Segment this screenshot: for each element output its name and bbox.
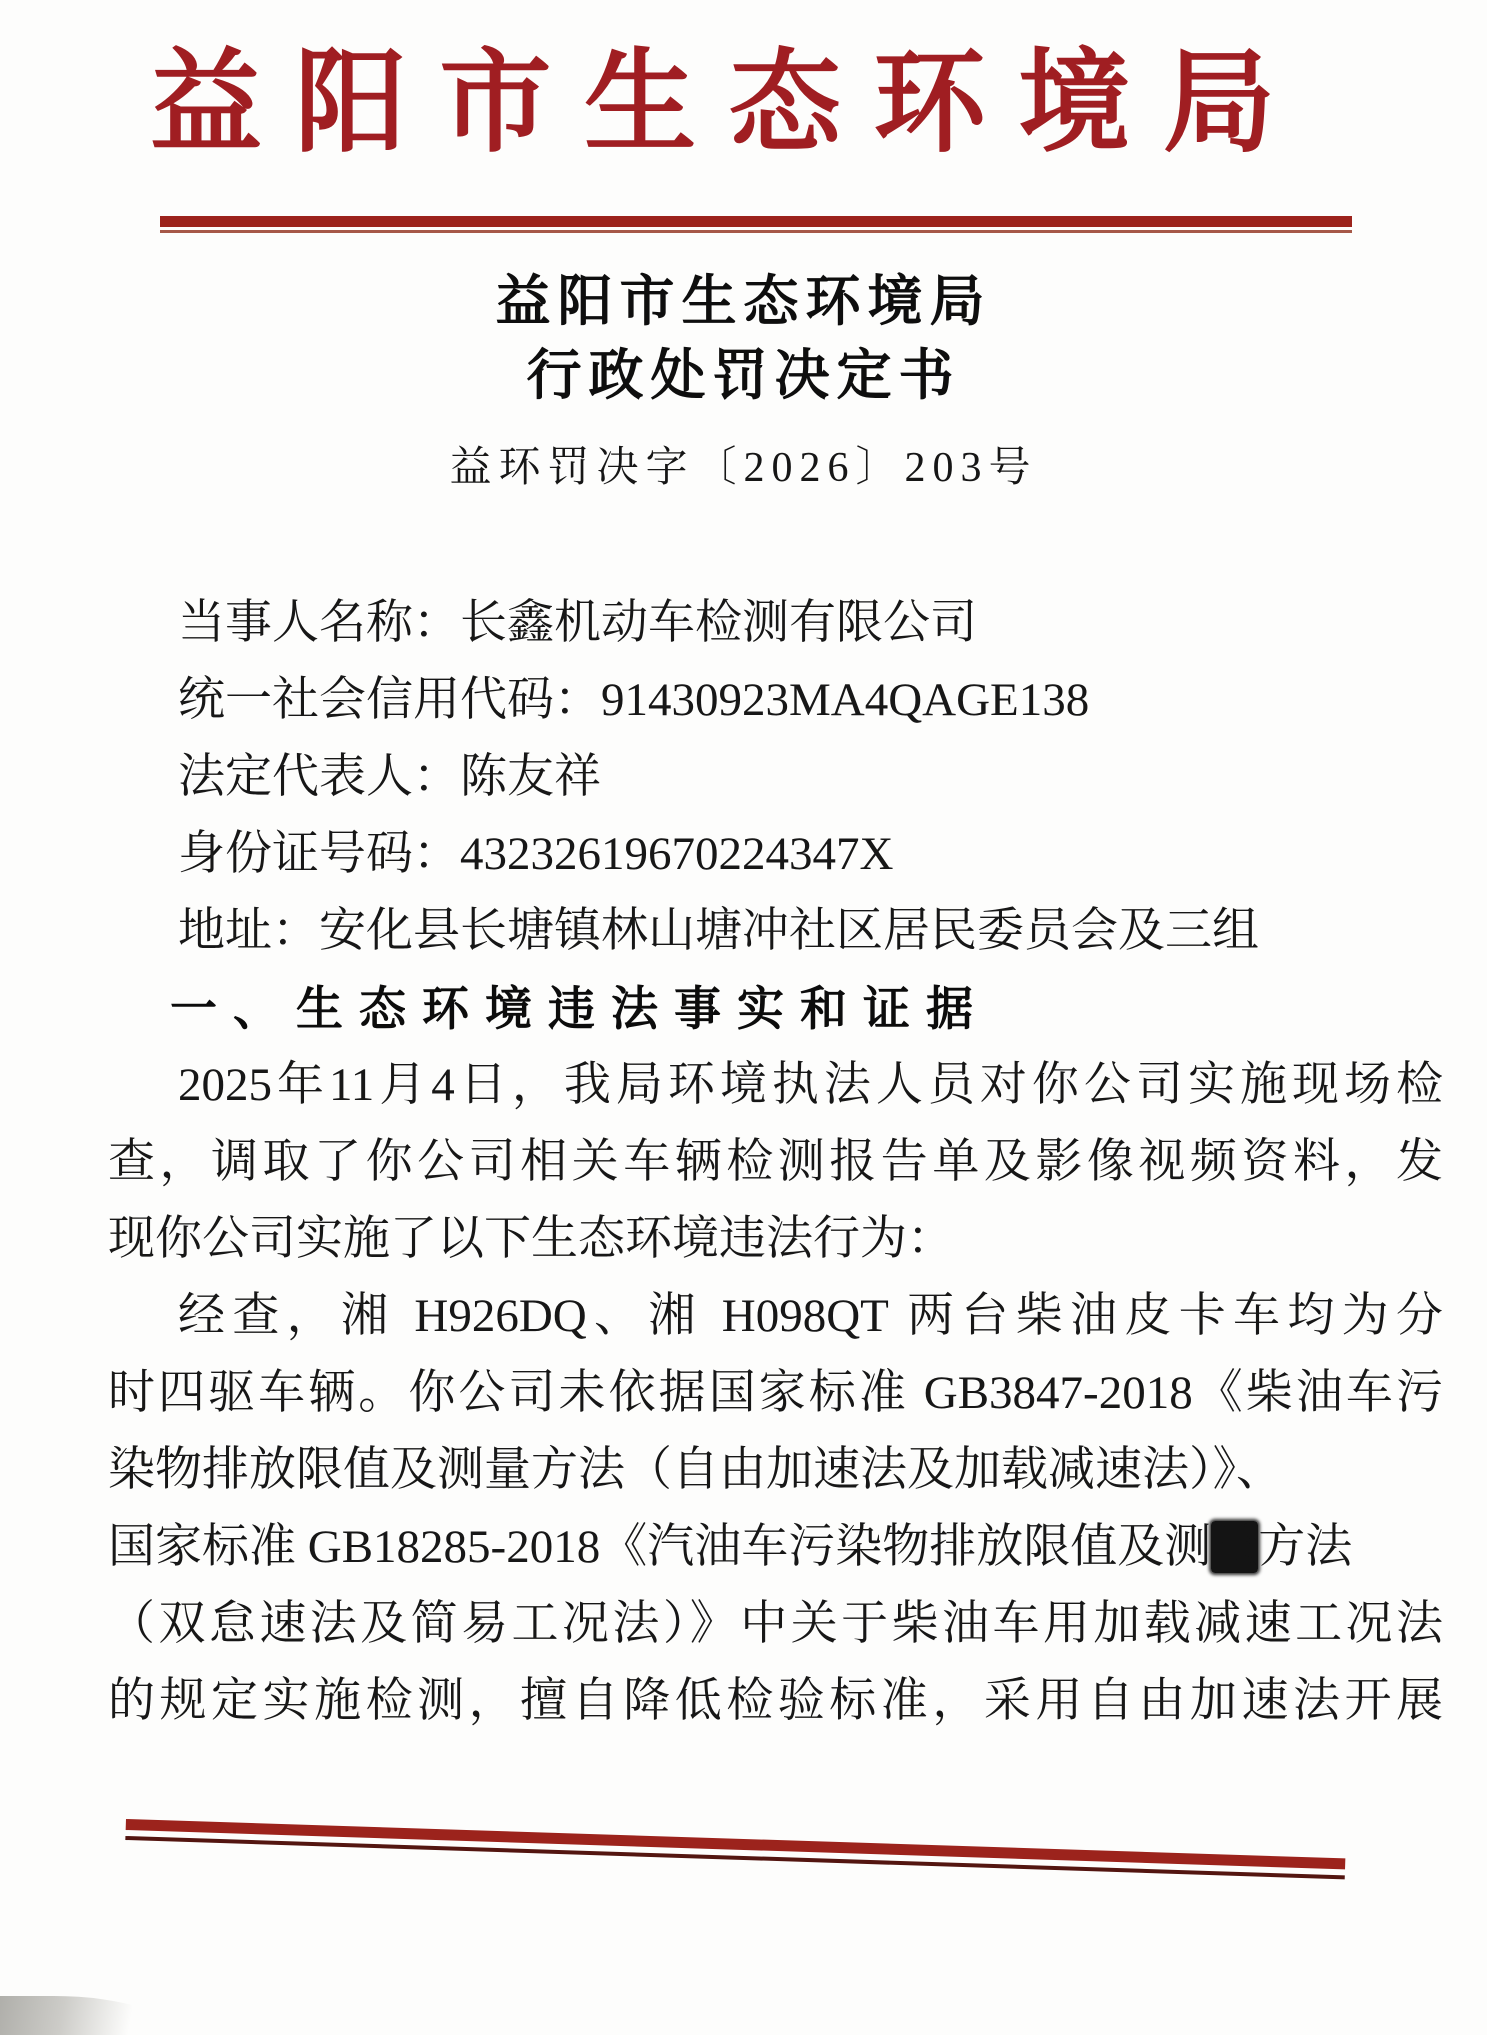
body-text-line: 时四驱车辆。你公司未依据国家标准 GB3847-2018《柴油车污 xyxy=(108,1355,1443,1432)
body-text-segment: 方法 xyxy=(1258,1521,1352,1573)
document-title-line2: 行政处罚决定书 xyxy=(0,339,1487,413)
party-address-line: 地址：安化县长塘镇林山塘冲社区居民委员会及三组 xyxy=(108,893,1443,970)
party-name-line: 当事人名称：长鑫机动车检测有限公司 xyxy=(108,585,1443,662)
scan-smudge xyxy=(0,1996,180,2035)
party-legal-rep-label: 法定代表人： xyxy=(178,751,460,803)
party-credit-code-label: 统一社会信用代码： xyxy=(178,674,601,726)
party-name-label: 当事人名称： xyxy=(178,597,460,649)
document-page: 益阳市生态环境局 益阳市生态环境局 行政处罚决定书 益环罚决字〔2026〕203… xyxy=(0,0,1487,2035)
party-address-value: 安化县长塘镇林山塘冲社区居民委员会及三组 xyxy=(319,905,1259,957)
masthead-rule-thick xyxy=(160,216,1352,227)
body-text-line: 现你公司实施了以下生态环境违法行为： xyxy=(108,1201,1443,1278)
footer-rule xyxy=(125,1819,1345,1879)
party-id-number-label: 身份证号码： xyxy=(178,828,460,880)
party-id-number-value: 43232619670224347X xyxy=(460,828,893,880)
document-title: 益阳市生态环境局 行政处罚决定书 xyxy=(0,265,1487,413)
body-text-line: （双怠速法及简易工况法）》中关于柴油车用加载减速工况法 xyxy=(108,1586,1443,1663)
body-text-line: 染物排放限值及测量方法（自由加速法及加载减速法）》、 xyxy=(108,1432,1443,1509)
party-legal-rep-line: 法定代表人：陈友祥 xyxy=(108,739,1443,816)
body-text-line: 的规定实施检测，擅自降低检验标准，采用自由加速法开展 xyxy=(108,1663,1443,1740)
party-address-label: 地址： xyxy=(178,905,319,957)
section-heading: 一、生态环境违法事实和证据 xyxy=(170,970,1443,1047)
document-body: 当事人名称：长鑫机动车检测有限公司 统一社会信用代码：91430923MA4QA… xyxy=(108,585,1443,1740)
ink-blot: 量 xyxy=(1211,1521,1258,1573)
body-text-line: 经查，湘 H926DQ、湘 H098QT 两台柴油皮卡车均为分 xyxy=(108,1278,1443,1355)
body-text-line: 查，调取了你公司相关车辆检测报告单及影像视频资料，发 xyxy=(108,1124,1443,1201)
masthead-rule-thin xyxy=(160,230,1352,233)
party-id-number-line: 身份证号码：43232619670224347X xyxy=(108,816,1443,893)
body-text-line: 2025年11月4日，我局环境执法人员对你公司实施现场检 xyxy=(108,1047,1443,1124)
document-number: 益环罚决字〔2026〕203号 xyxy=(0,438,1487,498)
party-credit-code-line: 统一社会信用代码：91430923MA4QAGE138 xyxy=(108,662,1443,739)
document-title-line1: 益阳市生态环境局 xyxy=(0,265,1487,339)
party-credit-code-value: 91430923MA4QAGE138 xyxy=(601,674,1089,726)
party-name-value: 长鑫机动车检测有限公司 xyxy=(460,597,977,649)
body-text-line-with-blot: 国家标准 GB18285-2018《汽油车污染物排放限值及测量方法 xyxy=(108,1509,1443,1586)
body-text-segment: 国家标准 GB18285-2018《汽油车污染物排放限值及测 xyxy=(108,1521,1211,1573)
agency-masthead: 益阳市生态环境局 xyxy=(150,45,1275,163)
party-legal-rep-value: 陈友祥 xyxy=(460,751,601,803)
